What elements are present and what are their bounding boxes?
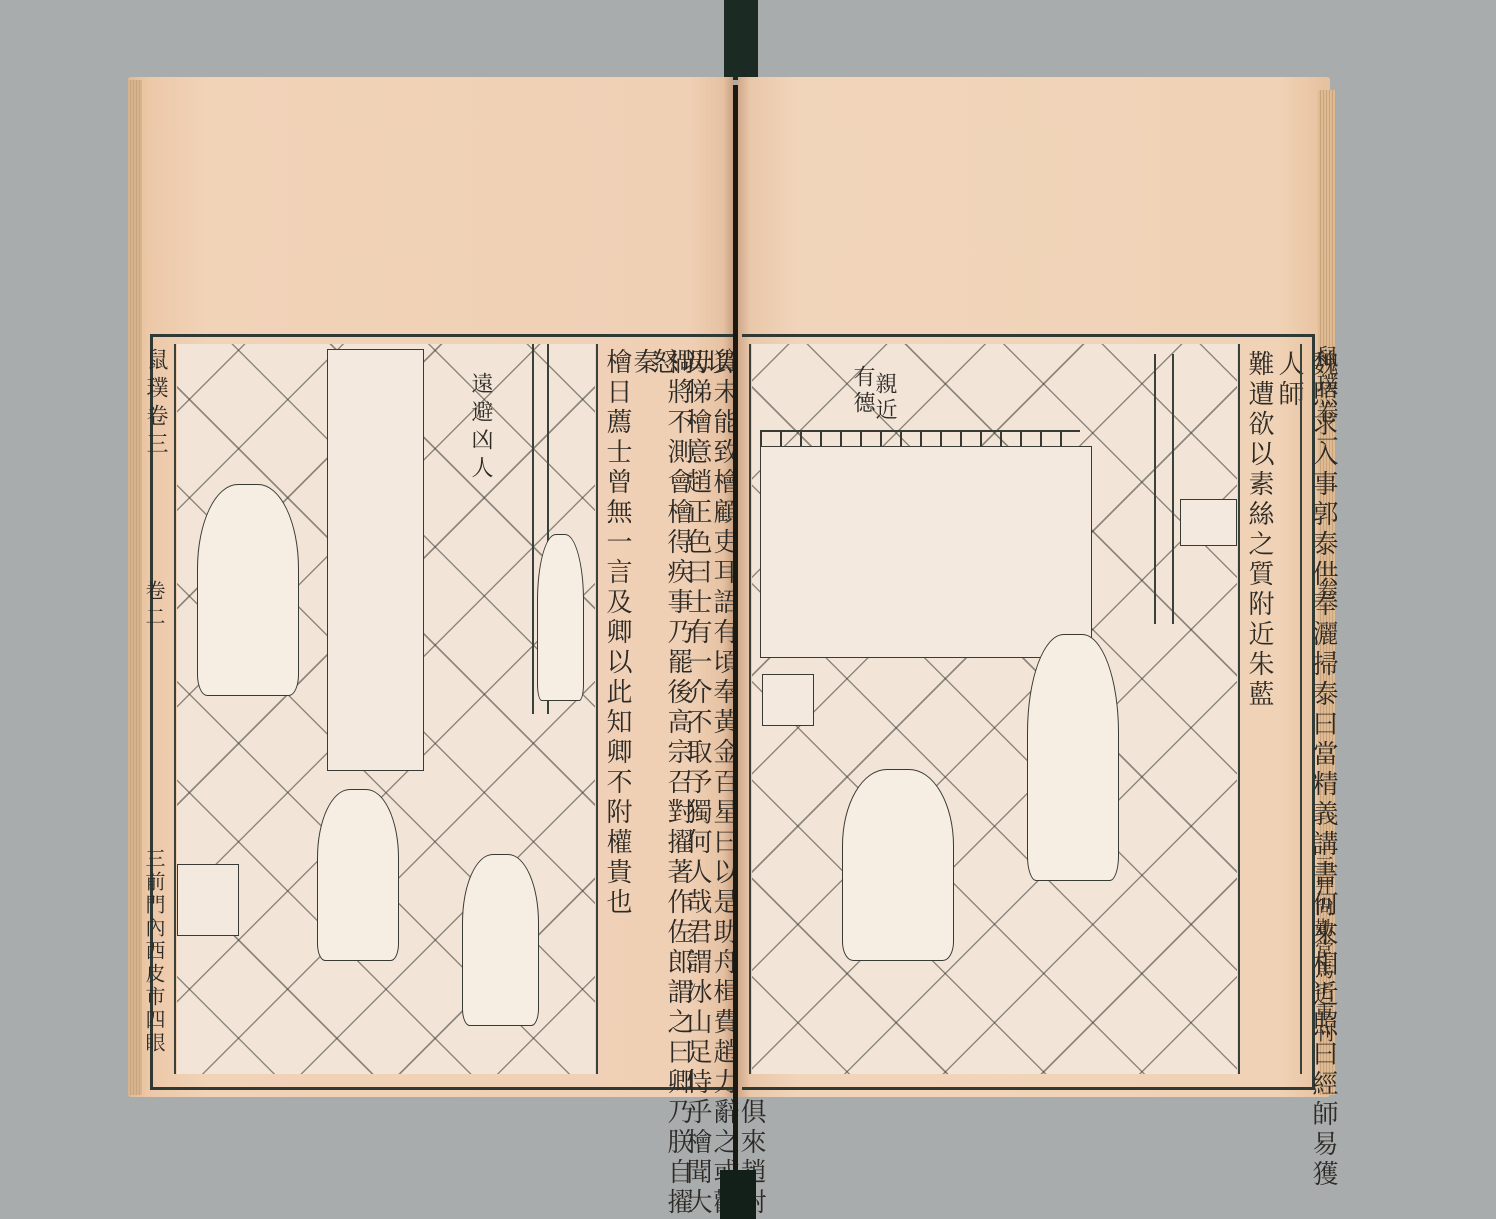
- pillar: [532, 344, 534, 714]
- right-margin-fishtail: 卷: [1312, 580, 1341, 606]
- sweeping-servant-figure: [842, 769, 954, 961]
- balustrade: [1180, 499, 1237, 546]
- standing-servant-figure: [537, 534, 584, 701]
- right-margin-title: 鼠璞卷一: [1310, 345, 1341, 457]
- left-margin-fishtail: 卷二: [140, 580, 169, 632]
- text-column: 魏照求入事郭泰供奉灑掃泰曰當精義講書何來相近照曰經師易獲人師: [1272, 350, 1340, 1219]
- text-column: 禍將不測會檜得疾事乃罷後高宗召對擢著作佐郎謂之曰卿乃朕自擢秦: [627, 348, 695, 1219]
- seated-official-figure: [197, 484, 299, 696]
- landscape-screen: [760, 446, 1092, 658]
- left-publisher-line: 三前門內西皮市四眼: [140, 848, 169, 1055]
- book-stack: [762, 674, 814, 726]
- right-publisher-line: 三井尙勤堂馬宅重刊: [1310, 855, 1337, 1044]
- left-illustration-caption: 遠避凶人: [467, 372, 493, 484]
- right-illustration-caption-1: 親近: [872, 372, 896, 424]
- text-column: 難遭欲以素絲之質附近朱藍: [1242, 350, 1276, 710]
- pillar: [1172, 354, 1174, 624]
- standing-scholar-figure: [1027, 634, 1119, 881]
- right-illustration-caption-2: 有德: [850, 365, 874, 417]
- right-margin-rule: [1300, 344, 1302, 1074]
- left-illustration: [177, 344, 595, 1074]
- open-book: 鼠璞卷三 卷二 三前門內西皮市四眼 遠避凶人 趙逵魁集英爲校書郎秦檜欲延攬之聞知…: [0, 0, 1496, 1219]
- walking-figure: [462, 854, 539, 1026]
- left-margin-rule: [174, 344, 176, 1074]
- folding-screen: [327, 349, 424, 771]
- table: [177, 864, 239, 936]
- bowing-figure: [317, 789, 399, 961]
- text-border: [596, 344, 598, 1074]
- right-inner-rule: [749, 344, 751, 1074]
- bookmark-ribbon-bottom: [720, 1170, 756, 1219]
- text-column: 檜日薦士曾無一言及卿以此知卿不附權貴也: [600, 348, 634, 918]
- pillar: [1154, 354, 1156, 624]
- bookmark-ribbon-top: [724, 0, 758, 80]
- right-illustration: [752, 344, 1237, 1074]
- left-margin-title: 鼠璞卷三: [140, 348, 171, 460]
- text-border: [1238, 344, 1240, 1074]
